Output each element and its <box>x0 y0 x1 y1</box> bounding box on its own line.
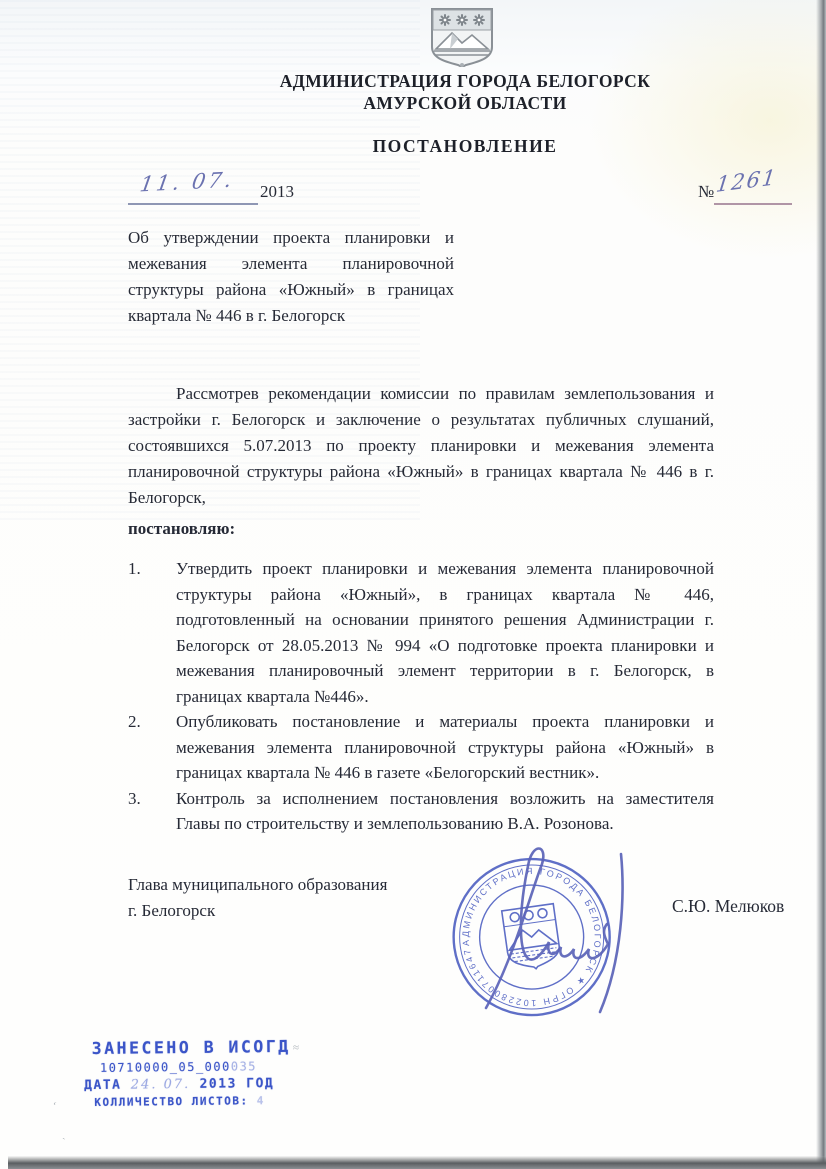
handwritten-signature <box>458 840 683 1025</box>
handwritten-date: 11. 07. <box>138 167 236 196</box>
org-name-line1: АДМИНИСТРАЦИЯ ГОРОДА БЕЛОГОРСК <box>104 71 826 92</box>
scan-smudge: ʻ <box>50 1100 58 1113</box>
document-subject: Об утверждении проекта планировки и меже… <box>128 225 454 329</box>
signer-title: Глава муниципального образования г. Бело… <box>128 872 387 924</box>
resolution-item-3: 3. Контроль за исполнением постановления… <box>128 786 714 837</box>
signer-name: С.Ю. Мелюков <box>672 896 784 917</box>
item-number: 3. <box>128 786 176 812</box>
isogd-date-year: 2013 ГОД <box>199 1076 274 1092</box>
isogd-date-label: ДАТА <box>84 1078 121 1093</box>
resolution-items: 1. Утвердить проект планировки и межеван… <box>128 556 714 837</box>
isogd-number-main: 10710000_05_000 <box>100 1060 231 1075</box>
isogd-registry-number: 10710000_05_000035 <box>100 1059 291 1075</box>
isogd-number-fade: 035 <box>231 1059 257 1073</box>
isogd-sheet-count-label: КОЛЛИЧЕСТВО ЛИСТОВ: <box>94 1094 248 1109</box>
resolve-word: постановляю: <box>128 519 235 539</box>
scan-smudge: ≈ <box>293 1042 299 1054</box>
isogd-date-line: ДАТА 24. 07. 2013 ГОД <box>84 1076 291 1093</box>
printed-year: 2013 <box>260 182 294 202</box>
item-text: Утвердить проект планировки и межевания … <box>176 556 714 709</box>
item-text: Опубликовать постановление и материалы п… <box>176 709 714 786</box>
belogorsk-city-arms-icon <box>428 7 496 72</box>
number-sign: № <box>698 182 714 202</box>
document-type-title: ПОСТАНОВЛЕНИЕ <box>104 136 826 157</box>
isogd-date-handwritten: 24. 07. <box>131 1077 191 1093</box>
scan-edge-bottom <box>8 1156 826 1169</box>
isogd-sheet-count-line: КОЛЛИЧЕСТВО ЛИСТОВ: 4 <box>94 1094 291 1109</box>
signer-title-line2: г. Белогорск <box>128 898 387 924</box>
item-number: 2. <box>128 709 176 735</box>
item-text: Контроль за исполнением постановления во… <box>176 786 714 837</box>
scanned-document-page: АДМИНИСТРАЦИЯ ГОРОДА БЕЛОГОРСК АМУРСКОЙ … <box>0 0 826 1169</box>
isogd-registry-stamp: ЗАНЕСЕНО В ИСОГД 10710000_05_000035 ДАТА… <box>84 1037 292 1109</box>
preamble-paragraph: Рассмотрев рекомендации комиссии по прав… <box>128 381 714 511</box>
scan-smudge: ˏ <box>62 1128 66 1140</box>
resolution-item-1: 1. Утвердить проект планировки и межеван… <box>128 556 714 709</box>
resolution-item-2: 2. Опубликовать постановление и материал… <box>128 709 714 786</box>
isogd-sheet-count-value: 4 <box>257 1094 265 1107</box>
isogd-title: ЗАНЕСЕНО В ИСОГД <box>92 1037 291 1058</box>
signer-title-line1: Глава муниципального образования <box>128 872 387 898</box>
org-name-line2: АМУРСКОЙ ОБЛАСТИ <box>104 93 826 114</box>
scan-edge-right <box>816 0 826 1169</box>
item-number: 1. <box>128 556 176 582</box>
